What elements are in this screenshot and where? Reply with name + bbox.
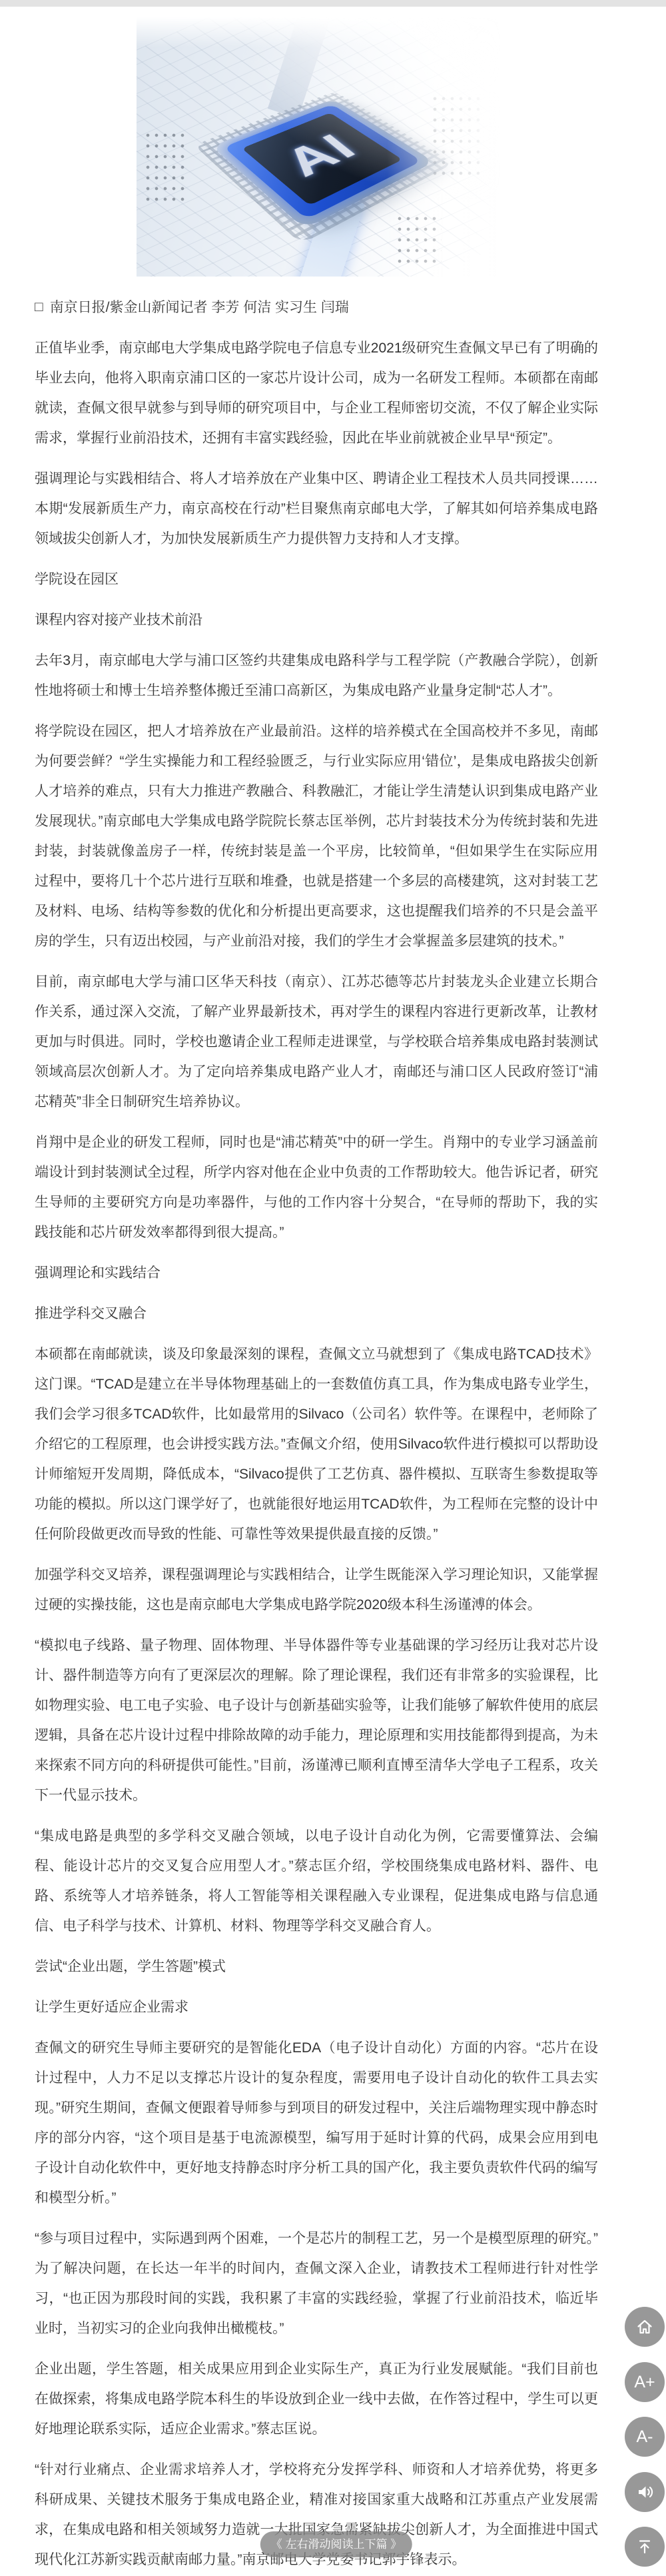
back-to-top-icon	[635, 2537, 655, 2557]
article-heading: 让学生更好适应企业需求	[35, 1992, 598, 2022]
home-button[interactable]	[625, 2307, 665, 2347]
hero-fade-overlay	[137, 17, 505, 277]
article: □南京日报/紫金山新闻记者 李芳 何洁 实习生 闫瑞 正值毕业季，南京邮电大学集…	[35, 293, 598, 2575]
article-heading: 课程内容对接产业技术前沿	[35, 605, 598, 635]
article-paragraph: 加强学科交叉培养，课程强调理论与实践相结合，让学生既能深入学习理论知识，又能掌握…	[35, 1560, 598, 1620]
article-paragraph: “模拟电子线路、量子物理、固体物理、半导体器件等专业基础课的学习经历让我对芯片设…	[35, 1630, 598, 1810]
home-icon	[635, 2317, 655, 2337]
article-heading: 强调理论和实践结合	[35, 1258, 598, 1288]
article-body: 正值毕业季，南京邮电大学集成电路学院电子信息专业2021级研究生查佩文早已有了明…	[35, 333, 598, 2575]
article-paragraph: 目前，南京邮电大学与浦口区华天科技（南京）、江苏芯德等芯片封装龙头企业建立长期合…	[35, 967, 598, 1117]
article-heading: 推进学科交叉融合	[35, 1299, 598, 1329]
byline: □南京日报/紫金山新闻记者 李芳 何洁 实习生 闫瑞	[35, 293, 598, 322]
hero-image: AI	[137, 17, 505, 277]
article-paragraph: 本硕都在南邮就读，谈及印象最深刻的课程，查佩文立马就想到了《集成电路TCAD技术…	[35, 1339, 598, 1549]
article-paragraph: “集成电路是典型的多学科交叉融合领域，以电子设计自动化为例，它需要懂算法、会编程…	[35, 1821, 598, 1941]
byline-text: 南京日报/紫金山新闻记者 李芳 何洁 实习生 闫瑞	[50, 300, 349, 315]
font-larger-button[interactable]: A+	[625, 2362, 665, 2402]
swipe-hint-pill: 《 左右滑动阅读上下篇 》	[260, 2531, 412, 2557]
font-smaller-button[interactable]: A-	[625, 2417, 665, 2457]
article-paragraph: 将学院设在园区，把人才培养放在产业最前沿。这样的培养模式在全国高校并不多见，南邮…	[35, 716, 598, 956]
article-paragraph: 企业出题，学生答题，相关成果应用到企业实际生产，真正为行业发展赋能。“我们目前也…	[35, 2354, 598, 2444]
byline-marker-icon: □	[35, 292, 43, 322]
article-paragraph: 肖翔中是企业的研发工程师，同时也是“浦芯精英”中的研一学生。肖翔中的专业学习涵盖…	[35, 1127, 598, 1247]
article-paragraph: “参与项目过程中，实际遇到两个困难，一个是芯片的制程工艺，另一个是模型原理的研究…	[35, 2224, 598, 2343]
article-heading: 学院设在园区	[35, 564, 598, 594]
article-paragraph: 正值毕业季，南京邮电大学集成电路学院电子信息专业2021级研究生查佩文早已有了明…	[35, 333, 598, 453]
speaker-icon	[635, 2482, 655, 2502]
font-larger-label: A+	[634, 2373, 655, 2392]
top-bar	[0, 0, 666, 7]
read-aloud-button[interactable]	[625, 2472, 665, 2512]
back-to-top-button[interactable]	[625, 2527, 665, 2567]
article-paragraph: 强调理论与实践相结合、将人才培养放在产业集中区、聘请企业工程技术人员共同授课………	[35, 464, 598, 554]
article-paragraph: 查佩文的研究生导师主要研究的是智能化EDA（电子设计自动化）方面的内容。“芯片在…	[35, 2033, 598, 2213]
font-smaller-label: A-	[637, 2427, 653, 2447]
article-paragraph: 去年3月，南京邮电大学与浦口区签约共建集成电路科学与工程学院（产教融合学院），创…	[35, 646, 598, 706]
article-heading: 尝试“企业出题，学生答题”模式	[35, 1952, 598, 1982]
